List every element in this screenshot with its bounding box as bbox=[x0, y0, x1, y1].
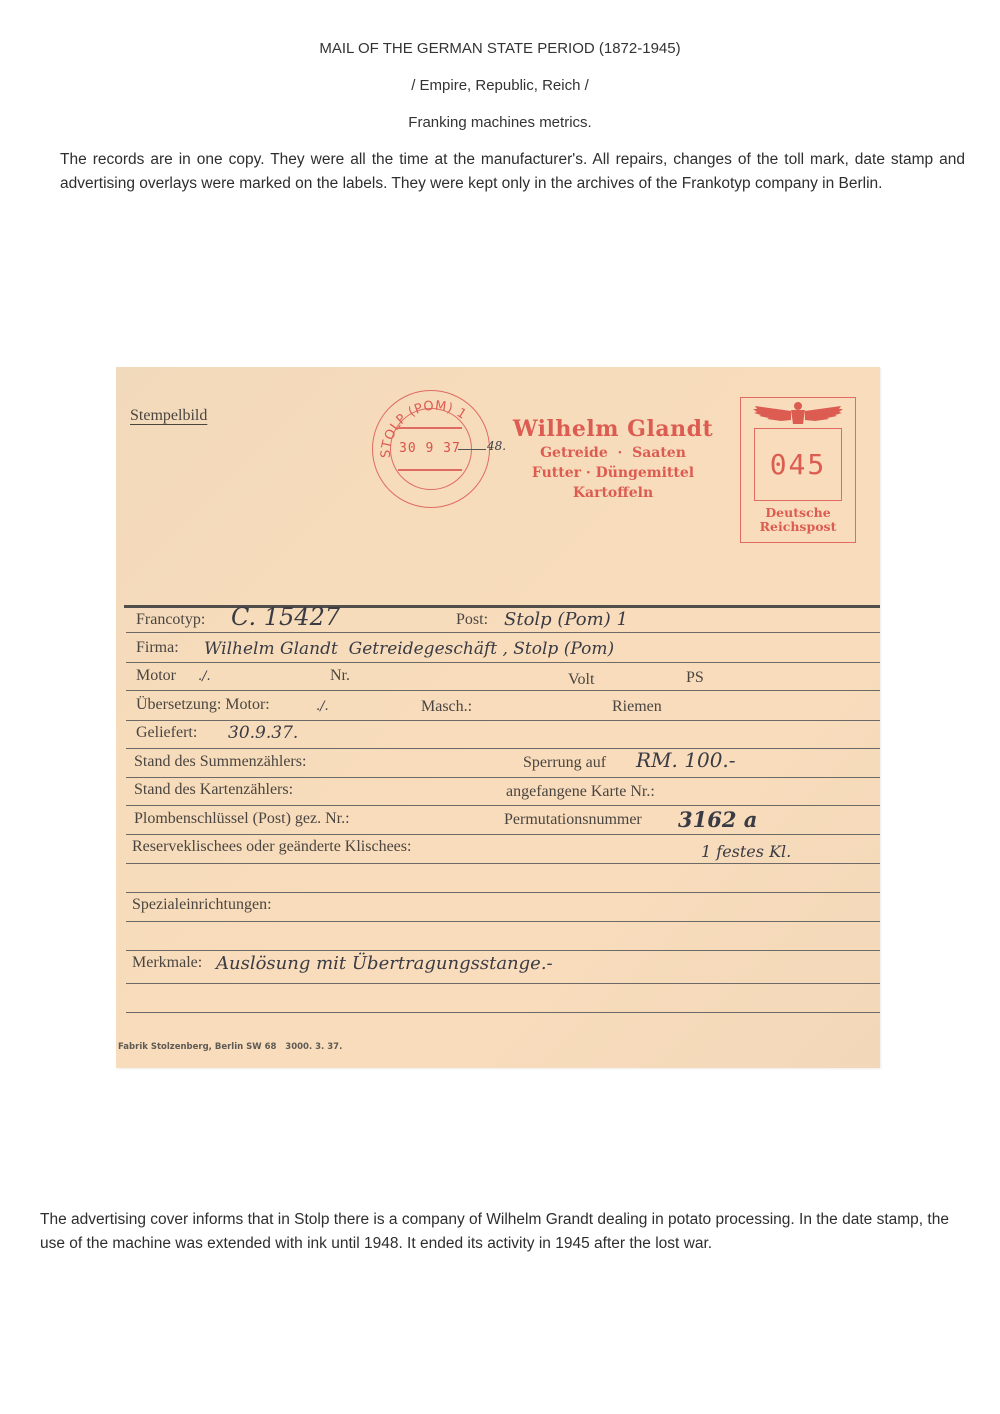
page-title: MAIL OF THE GERMAN STATE PERIOD (1872-19… bbox=[0, 40, 1000, 57]
meter-label-2: Reichspost bbox=[741, 520, 855, 534]
plombenschluessel-label: Plombenschlüssel (Post) gez. Nr.: bbox=[134, 810, 350, 828]
geliefert-label: Geliefert: bbox=[136, 724, 197, 742]
francotyp-label: Francotyp: bbox=[136, 611, 205, 629]
advert-company-name: Wilhelm Glandt bbox=[498, 415, 728, 443]
spezialeinrichtungen-label: Spezialeinrichtungen: bbox=[132, 896, 272, 914]
ps-label: PS bbox=[686, 669, 704, 687]
reich-eagle-icon bbox=[751, 400, 845, 426]
motor-value: ./. bbox=[198, 669, 211, 684]
sperrung-label: Sperrung auf bbox=[523, 754, 606, 772]
meter-value: 045 bbox=[770, 448, 827, 481]
page-subtitle: / Empire, Republic, Reich / bbox=[0, 77, 1000, 94]
meter-value-box: 045 bbox=[754, 428, 842, 501]
advert-line-1: Getreide · Saaten bbox=[498, 443, 728, 463]
uebersetzung-label: Übersetzung: Motor: bbox=[136, 696, 270, 714]
advert-line-2: Futter · Düngemittel bbox=[498, 463, 728, 483]
postage-meter-impression: 045 Deutsche Reichspost bbox=[740, 397, 856, 543]
volt-label: Volt bbox=[568, 671, 594, 689]
summenzaehler-label: Stand des Summenzählers: bbox=[134, 753, 306, 771]
stempelbild-label: Stempelbild bbox=[130, 407, 207, 425]
masch-label: Masch.: bbox=[421, 698, 472, 716]
reserveklischees-value: 1 festes Kl. bbox=[701, 842, 791, 861]
angefangene-karte-label: angefangene Karte Nr.: bbox=[506, 783, 655, 801]
kartenzaehler-label: Stand des Kartenzählers: bbox=[134, 781, 293, 799]
geliefert-value: 30.9.37. bbox=[228, 723, 298, 743]
date-extension-line bbox=[458, 449, 486, 450]
advertising-slug: Wilhelm Glandt Getreide · Saaten Futter … bbox=[498, 415, 728, 503]
post-label: Post: bbox=[456, 611, 488, 629]
reserveklischees-label: Reserveklischees oder geänderte Klischee… bbox=[132, 838, 411, 856]
permutationsnummer-value: 3162 a bbox=[678, 807, 757, 832]
nr-label: Nr. bbox=[330, 667, 350, 685]
sperrung-value: RM. 100.- bbox=[636, 748, 736, 772]
advert-line-3: Kartoffeln bbox=[498, 483, 728, 503]
uebersetzung-value: ./. bbox=[316, 699, 329, 714]
francotyp-value: C. 15427 bbox=[231, 603, 340, 631]
franking-machine-record-card: Stempelbild STOLP (POM) 1 30 9 37 48. Wi… bbox=[116, 367, 880, 1068]
motor-label: Motor bbox=[136, 667, 176, 685]
meter-label-1: Deutsche bbox=[741, 506, 855, 520]
merkmale-label: Merkmale: bbox=[132, 954, 202, 972]
printer-imprint: Fabrik Stolzenberg, Berlin SW 68 3000. 3… bbox=[118, 1042, 342, 1052]
merkmale-value: Auslösung mit Übertragungsstange.- bbox=[216, 953, 553, 974]
post-value: Stolp (Pom) 1 bbox=[504, 609, 628, 630]
firma-value: Wilhelm Glandt Getreidegeschäft , Stolp … bbox=[204, 639, 614, 659]
permutationsnummer-label: Permutationsnummer bbox=[504, 811, 642, 829]
riemen-label: Riemen bbox=[612, 698, 662, 716]
section-heading: Franking machines metrics. bbox=[0, 114, 1000, 131]
firma-label: Firma: bbox=[136, 639, 179, 657]
date-stamp-date: 30 9 37 bbox=[399, 441, 461, 456]
intro-paragraph: The records are in one copy. They were a… bbox=[60, 148, 965, 196]
conclusion-paragraph: The advertising cover informs that in St… bbox=[40, 1208, 960, 1256]
